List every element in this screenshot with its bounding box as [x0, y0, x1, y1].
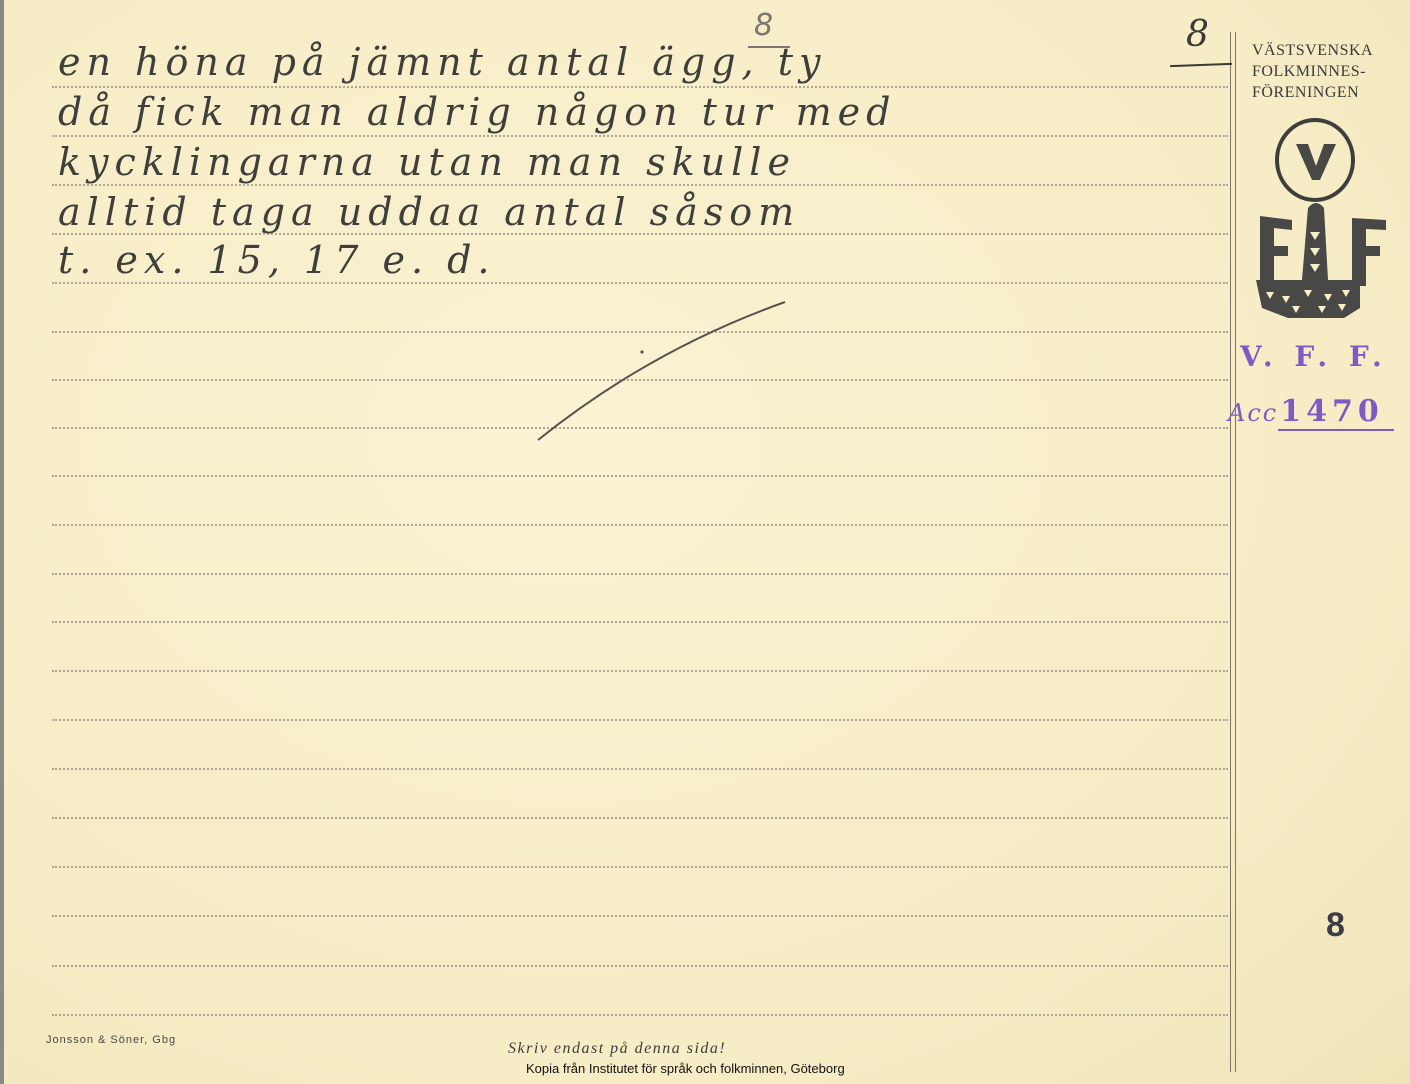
printer-credit: Jonsson & Söner, Gbg — [46, 1034, 176, 1046]
margin-page-number: 8 — [1326, 906, 1345, 945]
ruled-line — [52, 524, 1228, 526]
handwritten-line-5: t. ex. 15, 17 e. d. — [58, 238, 496, 282]
ruled-line — [52, 135, 1228, 137]
ruled-line — [52, 670, 1228, 672]
stamp-accession: Acc1470 — [1228, 394, 1394, 429]
ruled-line — [52, 768, 1228, 770]
stamp-acc-number: 1470 — [1278, 394, 1394, 431]
ink-page-number: 8 — [1186, 14, 1209, 55]
handwritten-line-1: en höna på jämnt antal ägg, ty — [58, 40, 826, 84]
thors-hammer-icon — [1252, 108, 1392, 328]
organization-name: VÄSTSVENSKA FOLKMINNES- FÖRENINGEN — [1252, 40, 1373, 103]
ruled-line — [52, 817, 1228, 819]
org-line-1: VÄSTSVENSKA — [1252, 40, 1373, 61]
ruled-line — [52, 86, 1228, 88]
instruction-text: Skriv endast på denna sida! — [508, 1040, 726, 1058]
org-line-3: FÖRENINGEN — [1252, 82, 1373, 103]
ruled-line — [52, 282, 1228, 284]
margin-rule-left — [1230, 32, 1231, 1072]
stamp-vff: V. F. F. — [1240, 340, 1388, 373]
pencil-page-number: 8 — [754, 8, 773, 43]
ruled-line — [52, 866, 1228, 868]
pencil-underline — [748, 46, 790, 48]
ruled-line — [52, 1014, 1228, 1016]
handwritten-line-2: då fick man aldrig någon tur med — [58, 90, 896, 134]
handwritten-line-4: alltid taga uddaa antal såsom — [58, 190, 800, 234]
ruled-line — [52, 719, 1228, 721]
ink-underline — [1170, 63, 1232, 67]
ruled-line — [52, 573, 1228, 575]
margin-rule-right — [1235, 32, 1236, 1072]
ruled-line — [52, 965, 1228, 967]
ruled-line — [52, 621, 1228, 623]
end-stroke-mark — [530, 290, 800, 450]
copyright-notice: Kopia från Institutet för språk och folk… — [526, 1061, 845, 1076]
org-line-2: FOLKMINNES- — [1252, 61, 1373, 82]
stamp-acc-prefix: Acc — [1228, 399, 1278, 427]
handwritten-line-3: kycklingarna utan man skulle — [58, 140, 796, 184]
ruled-line — [52, 475, 1228, 477]
ruled-line — [52, 915, 1228, 917]
document-page: en höna på jämnt antal ägg, ty då fick m… — [0, 0, 1410, 1084]
ruled-line — [52, 184, 1228, 186]
scan-edge — [0, 0, 4, 1084]
